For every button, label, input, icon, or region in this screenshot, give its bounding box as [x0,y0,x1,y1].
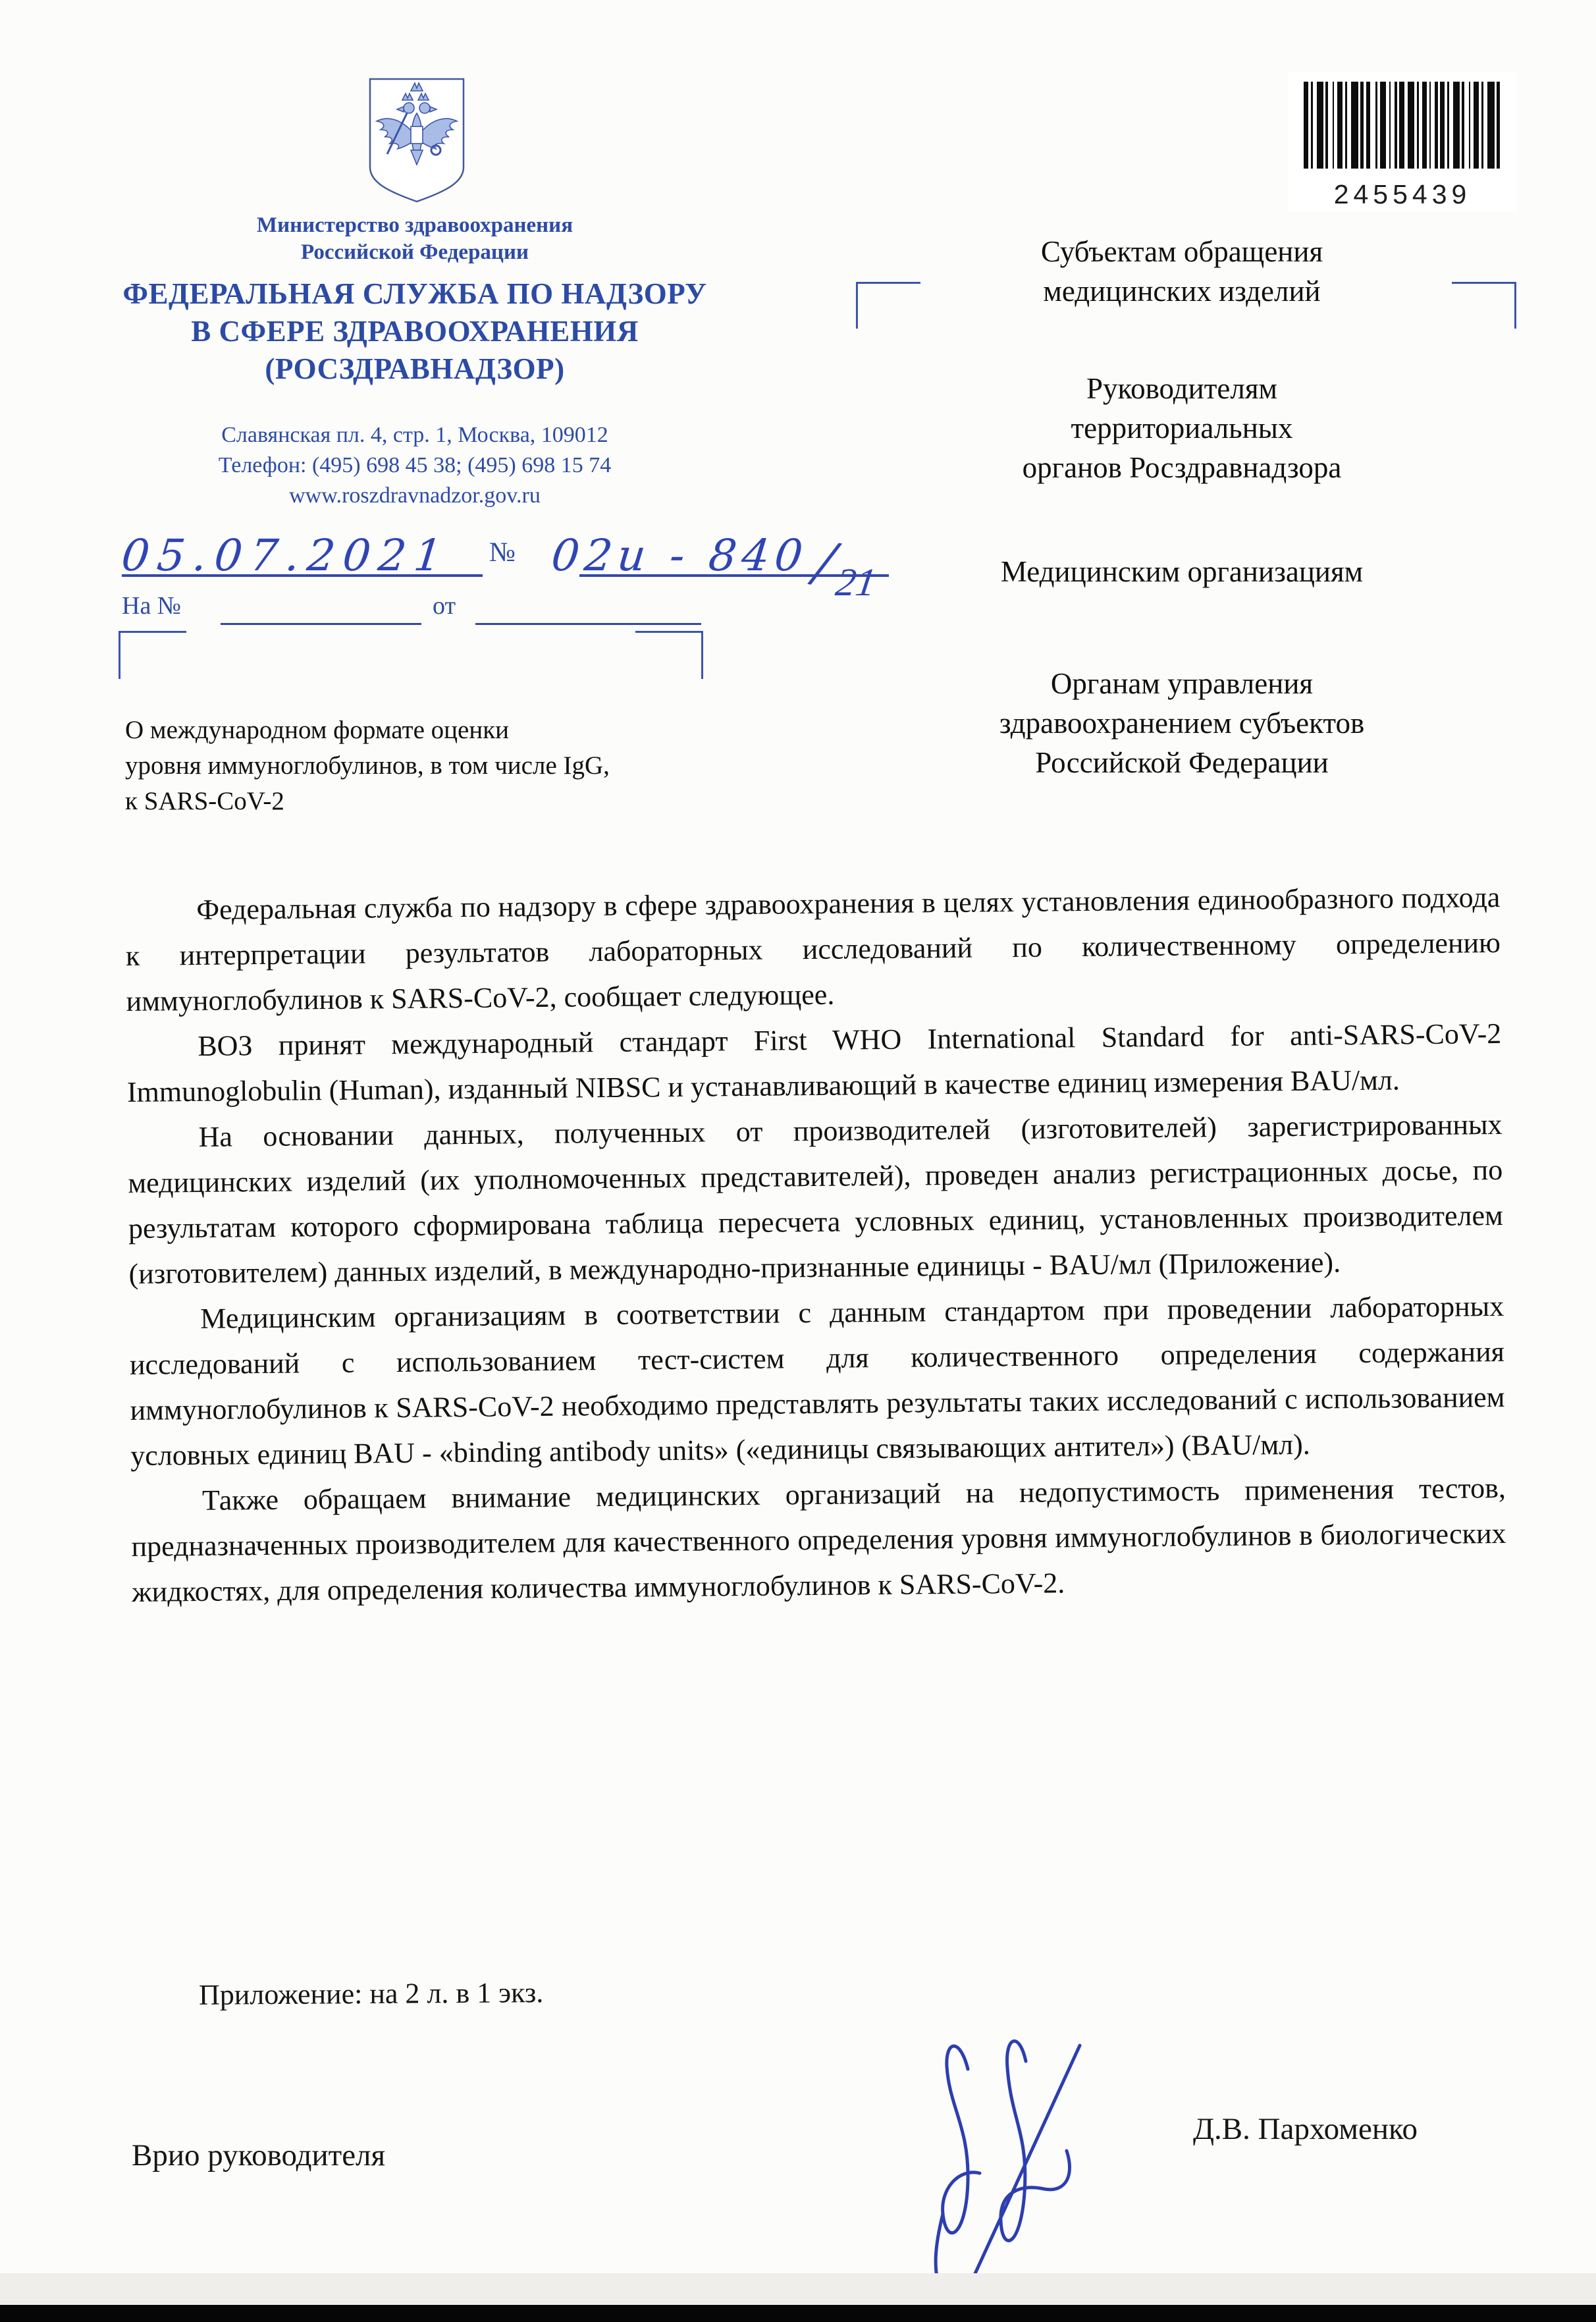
phone-line: Телефон: (495) 698 45 38; (495) 698 15 7… [99,450,731,481]
number-underline [579,574,889,577]
scan-bottom-bar [0,2305,1596,2322]
reply-date-blank [475,623,701,625]
date-underline [122,574,483,577]
number-sign: № [489,537,516,568]
signer-title: Врио руководителя [132,2138,385,2173]
recipient-item: Органам управления здравоохранением субъ… [849,664,1514,782]
barcode-number: 2455439 [1288,179,1517,210]
body-paragraph: ВОЗ принят международный стандарт First … [126,1011,1502,1115]
handwritten-date: 05.07.2021 [119,530,452,581]
signer-name: Д.В. Пархоменко [1193,2111,1418,2147]
coat-of-arms-emblem [363,75,470,207]
corner-bracket-ref-right [635,631,703,679]
ministry-name: Министерство здравоохранения Российской … [99,212,731,266]
body-paragraph: Медицинским организациям в соответствии … [129,1283,1506,1478]
reply-from-label: от [433,591,456,620]
reply-number-label: На № [122,591,181,620]
recipient-item: Субъектам обращения медицинских изделий [849,232,1514,311]
body-paragraph: Также обращаем внимание медицинских орга… [131,1465,1507,1615]
signature-strokes [936,2041,1080,2294]
recipient-item: Руководителям территориальных органов Ро… [849,369,1514,487]
service-name: ФЕДЕРАЛЬНАЯ СЛУЖБА ПО НАДЗОРУ В СФЕРЕ ЗД… [99,275,731,388]
recipient-item: Медицинским организациям [849,552,1514,591]
address-line: Славянская пл. 4, стр. 1, Москва, 109012 [99,420,731,450]
signature [868,2023,1157,2306]
document-page: Министерство здравоохранения Российской … [0,0,1596,2322]
handwritten-number: 02и - 840 [549,530,811,581]
barcode-bars [1288,72,1517,178]
attachment-note: Приложение: на 2 л. в 1 экз. [199,1976,544,2012]
corner-bracket-ref-left [119,631,186,679]
body-paragraph: На основании данных, полученных от произ… [127,1102,1504,1297]
registration-barcode: 2455439 [1288,72,1517,212]
subject-line: О международном формате оценки уровня им… [125,713,610,819]
body-paragraph: Федеральная служба по надзору в сфере зд… [125,875,1501,1024]
reply-number-blank [221,623,421,625]
letterhead-contacts: Славянская пл. 4, стр. 1, Москва, 109012… [99,420,731,511]
letter-body: Федеральная служба по надзору в сфере зд… [125,875,1507,1615]
website-line: www.roszdravnadzor.gov.ru [99,481,731,511]
scan-edge-strip [0,2273,1596,2306]
